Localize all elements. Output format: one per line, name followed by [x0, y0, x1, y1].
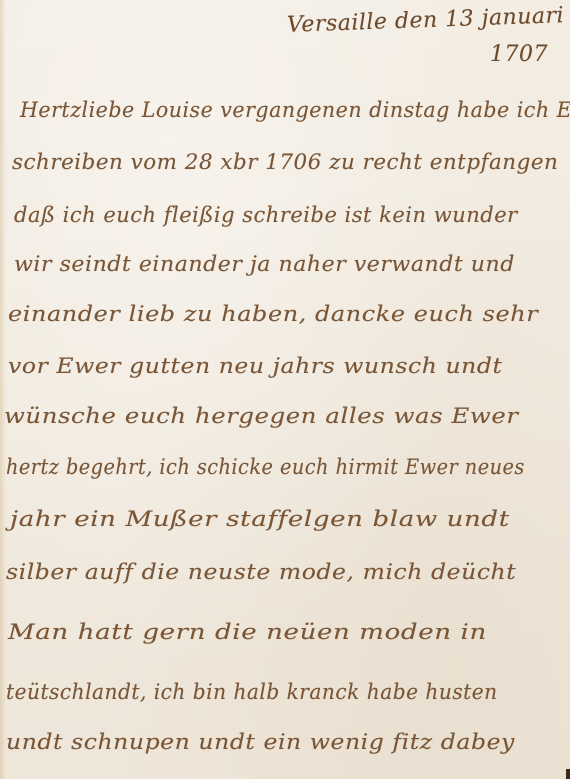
- letter-line-5: einander lieb zu haben, dancke euch sehr: [8, 302, 538, 326]
- letter-line-7: wünsche euch hergegen alles was Ewer: [4, 404, 519, 428]
- letter-place-date: Versaille den 13 januari: [287, 3, 565, 38]
- letter-line-6: vor Ewer gutten neu jahrs wunsch undt: [8, 354, 503, 378]
- letter-line-9: jahr ein Mußer staffelgen blaw undt: [10, 507, 510, 531]
- manuscript-page: Versaille den 13 januari 1707 Hertzliebe…: [0, 0, 570, 779]
- letter-line-2: schreiben vom 28 xbr 1706 zu recht entpf…: [12, 150, 558, 174]
- letter-year: 1707: [490, 42, 548, 67]
- letter-line-10: silber auff die neuste mode, mich deücht: [6, 560, 516, 584]
- letter-line-4: wir seindt einander ja naher verwandt un…: [14, 252, 515, 276]
- letter-line-3: daß ich euch fleißig schreibe ist kein w…: [14, 203, 518, 227]
- letter-line-1: Hertzliebe Louise vergangenen dinstag ha…: [20, 98, 570, 122]
- letter-line-11: Man hatt gern die neüen moden in: [8, 620, 487, 644]
- letter-line-13: undt schnupen undt ein wenig fitz dabey: [6, 730, 515, 754]
- letter-line-12: teütschlandt, ich bin halb kranck habe h…: [6, 680, 498, 704]
- letter-line-8: hertz begehrt, ich schicke euch hirmit E…: [6, 455, 525, 479]
